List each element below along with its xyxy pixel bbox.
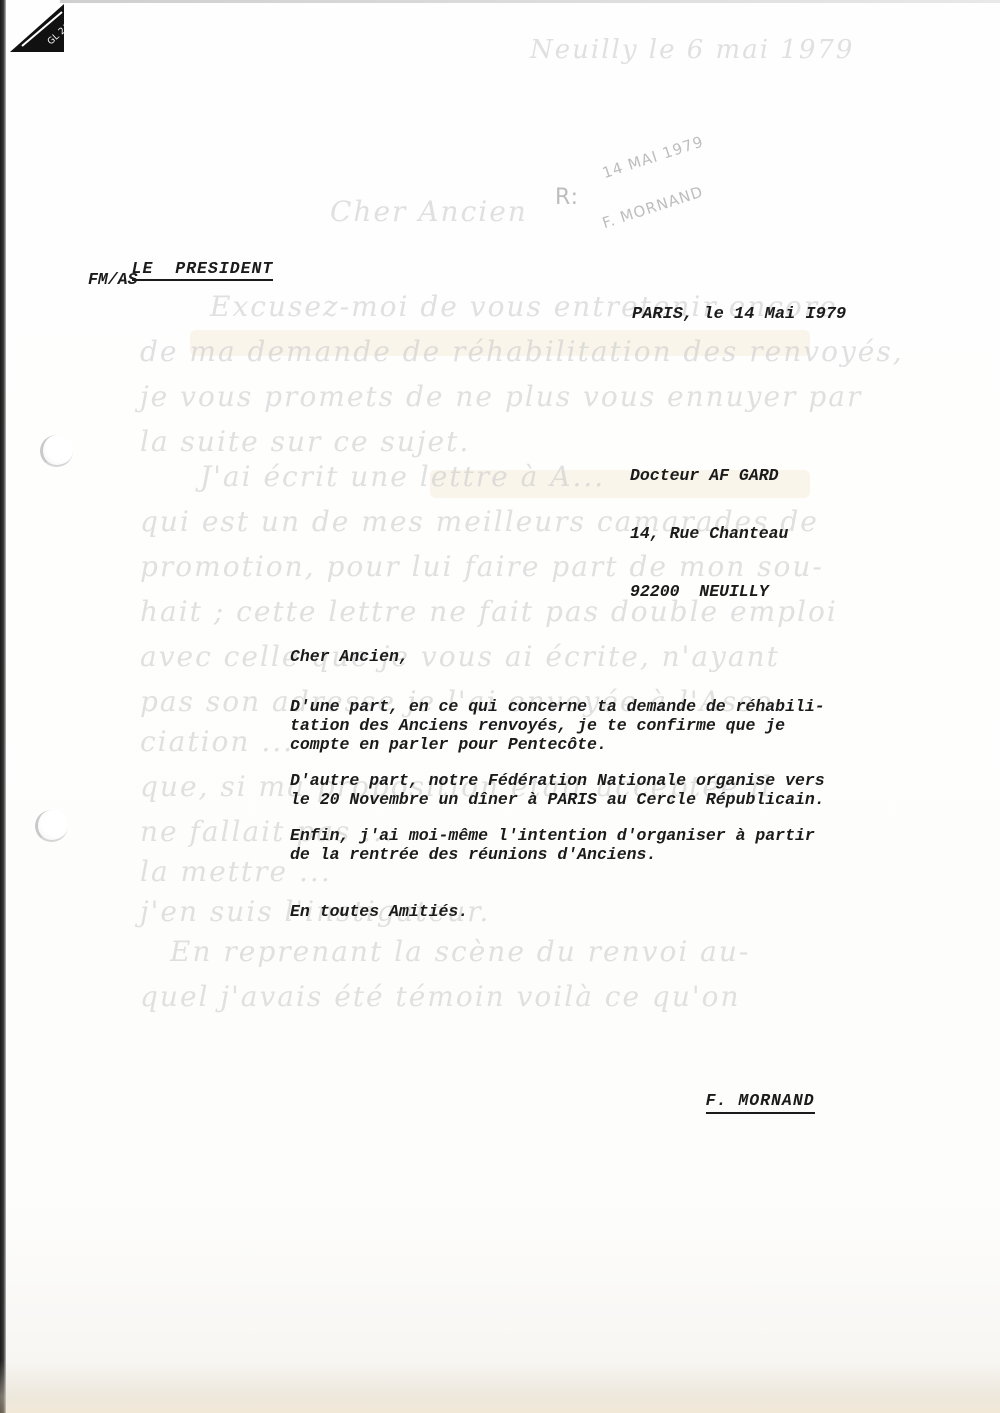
paper-stain [190,330,810,356]
dateline: PARIS, le 14 Mai I979 [632,305,846,324]
recipient-street: 14, Rue Chanteau [630,524,788,544]
reverse-handwritten-line: Cher Ancien [330,195,528,228]
recipient-name: Docteur AF GARD [630,466,788,486]
body-line: D'autre part, notre Fédération Nationale… [290,771,825,790]
scan-left-edge [0,0,6,1413]
reverse-handwritten-line: En reprenant la scène du renvoi au- [170,935,750,968]
body-line: Enfin, j'ai moi-même l'intention d'organ… [290,826,825,845]
body-line: compte en parler pour Pentecôte. [290,735,825,754]
reverse-handwritten-line: je vous promets de ne plus vous ennuyer … [140,380,862,413]
body-paragraph: D'autre part, notre Fédération Nationale… [290,771,825,809]
corner-tab-icon: GL 2/88 [8,2,66,54]
body-line: de la rentrée des réunions d'Anciens. [290,845,825,864]
received-stamp-name: F. MORNAND [600,182,706,232]
reverse-handwritten-line: ciation ... [140,725,294,758]
punch-hole [40,435,73,467]
scanned-letter-page: GL 2/88 Neuilly le 6 mai 1979 R: 14 MAI … [0,0,1000,1413]
received-stamp-date: 14 MAI 1979 [600,132,706,182]
paper-bottom-stain [0,1360,1000,1413]
recipient-address: Docteur AF GARD 14, Rue Chanteau 92200 N… [630,428,788,640]
closing: En toutes Amitiés. [290,902,468,921]
reverse-handwritten-line: quel j'avais été témoin voilà ce qu'on [140,980,740,1013]
punch-hole [35,810,68,842]
body-line: D'une part, en ce qui concerne ta demand… [290,697,825,716]
letter-body: D'une part, en ce qui concerne ta demand… [290,697,825,881]
body-line: tation des Anciens renvoyés, je te confi… [290,716,825,735]
body-paragraph: Enfin, j'ai moi-même l'intention d'organ… [290,826,825,864]
reverse-handwritten-line: la suite sur ce sujet. [140,425,470,458]
received-stamp-prefix: R: [555,185,579,210]
reference-code: FM/AS [88,270,138,289]
reverse-handwritten-date: Neuilly le 6 mai 1979 [530,35,854,65]
scan-top-edge [60,0,1000,3]
recipient-city: 92200 NEUILLY [630,582,788,602]
body-line: le 20 Novembre un dîner à PARIS au Cercl… [290,790,825,809]
salutation: Cher Ancien, [290,647,409,666]
body-paragraph: D'une part, en ce qui concerne ta demand… [290,697,825,754]
signature: F. MORNAND [662,1072,815,1129]
reverse-handwritten-line: avec celle que je vous ai écrite, n'ayan… [140,640,780,673]
